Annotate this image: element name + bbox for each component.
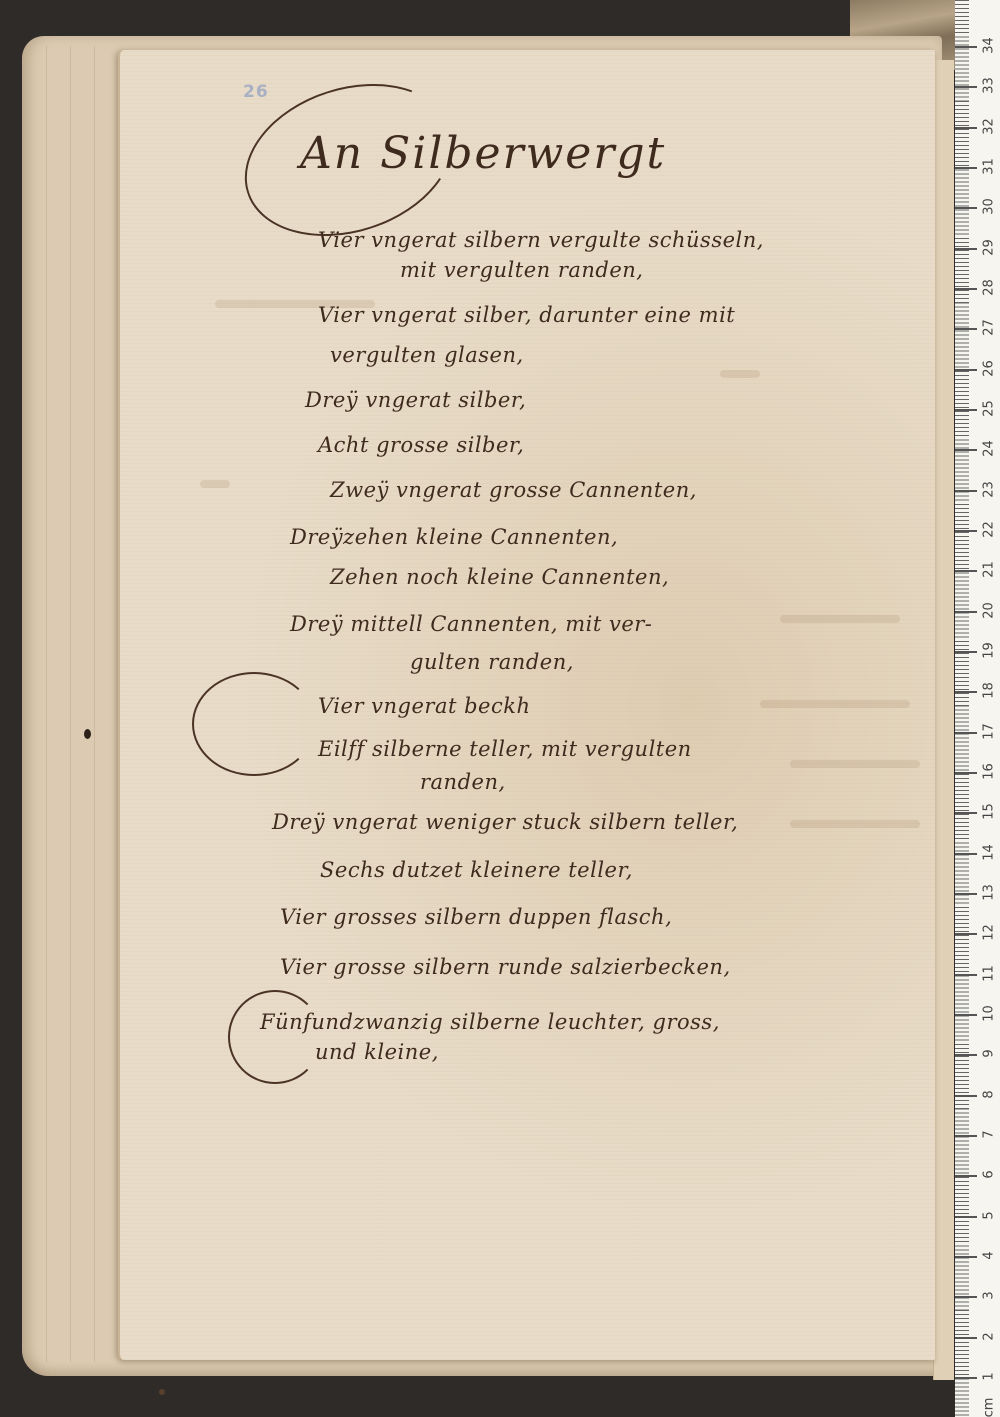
ruler-label: 34 bbox=[982, 36, 997, 56]
ruler-label: 20 bbox=[982, 601, 997, 621]
entry-line: Dreÿ vngerat weniger stuck silbern telle… bbox=[272, 810, 738, 834]
ruler-major-tick bbox=[955, 611, 977, 613]
ruler-major-tick bbox=[955, 933, 977, 935]
ruler-label: 24 bbox=[982, 439, 997, 459]
ruler-label: 33 bbox=[982, 76, 997, 96]
ruler-label: 8 bbox=[982, 1085, 997, 1105]
ruler-label: 18 bbox=[982, 681, 997, 701]
entry-line: und kleine, bbox=[315, 1040, 439, 1064]
ruler-major-tick bbox=[955, 1296, 977, 1298]
ruler-label: 17 bbox=[982, 722, 997, 742]
ruler-major-tick bbox=[955, 1337, 977, 1339]
ruler-major-tick bbox=[955, 328, 977, 330]
ruler-major-tick bbox=[955, 248, 977, 250]
ruler-major-tick bbox=[955, 409, 977, 411]
ruler-label: 4 bbox=[982, 1246, 997, 1266]
ruler-major-tick bbox=[955, 1175, 977, 1177]
ruler-label: 14 bbox=[982, 843, 997, 863]
ruler-major-tick bbox=[955, 1135, 977, 1137]
ruler-label: 5 bbox=[982, 1206, 997, 1226]
bleed-through bbox=[760, 700, 910, 708]
ruler-label: 2 bbox=[982, 1327, 997, 1347]
ruler-major-tick bbox=[955, 691, 977, 693]
ruler-major-tick bbox=[955, 207, 977, 209]
entry-line: Vier vngerat silber, darunter eine mit bbox=[318, 303, 735, 327]
bleed-through bbox=[780, 615, 900, 623]
ruler-major-tick bbox=[955, 1216, 977, 1218]
folio-number: 26 bbox=[243, 82, 269, 102]
cm-ruler: cm 1 2 3 4 5 6 7 8 9 10 11 12 13 14 15 1… bbox=[955, 0, 1000, 1417]
entry-line: Zehen noch kleine Cannenten, bbox=[330, 565, 669, 589]
ruler-unit-label: cm bbox=[982, 1398, 997, 1417]
ruler-major-tick bbox=[955, 772, 977, 774]
ruler-label: 6 bbox=[982, 1165, 997, 1185]
bleed-through bbox=[790, 820, 920, 828]
entry-line: vergulten glasen, bbox=[330, 343, 524, 367]
ruler-label: 23 bbox=[982, 480, 997, 500]
entry-line: Dreÿzehen kleine Cannenten, bbox=[290, 525, 618, 549]
ruler-label: 12 bbox=[982, 923, 997, 943]
entry-line: Vier grosses silbern duppen flasch, bbox=[280, 905, 672, 929]
ruler-major-tick bbox=[955, 449, 977, 451]
ruler-label: 9 bbox=[982, 1044, 997, 1064]
entry-line: Vier vngerat beckh bbox=[318, 694, 530, 718]
ruler-label: 26 bbox=[982, 359, 997, 379]
ruler-major-tick bbox=[955, 490, 977, 492]
ruler-major-tick bbox=[955, 732, 977, 734]
ruler-label: 27 bbox=[982, 318, 997, 338]
ruler-label: 13 bbox=[982, 883, 997, 903]
entry-line: Vier grosse silbern runde salzierbecken, bbox=[280, 955, 731, 979]
ruler-label: 19 bbox=[982, 641, 997, 661]
ruler-label: 29 bbox=[982, 238, 997, 258]
ruler-ticks bbox=[955, 0, 969, 1417]
entry-line: randen, bbox=[420, 770, 506, 794]
entry-line: Dreÿ vngerat silber, bbox=[305, 388, 526, 412]
ink-spot bbox=[159, 1389, 165, 1395]
ruler-label: 10 bbox=[982, 1004, 997, 1024]
page-heading: An Silberwergt bbox=[300, 128, 666, 179]
ruler-major-tick bbox=[955, 167, 977, 169]
ruler-label: 15 bbox=[982, 802, 997, 822]
ruler-label: 1 bbox=[982, 1367, 997, 1387]
ruler-major-tick bbox=[955, 812, 977, 814]
ruler-major-tick bbox=[955, 570, 977, 572]
ruler-major-tick bbox=[955, 974, 977, 976]
ruler-label: 7 bbox=[982, 1125, 997, 1145]
ruler-label: 16 bbox=[982, 762, 997, 782]
ruler-label: 31 bbox=[982, 157, 997, 177]
ruler-label: 25 bbox=[982, 399, 997, 419]
entry-flourish bbox=[228, 990, 322, 1084]
ruler-major-tick bbox=[955, 651, 977, 653]
ruler-major-tick bbox=[955, 1014, 977, 1016]
ruler-label: 32 bbox=[982, 117, 997, 137]
ruler-label: 3 bbox=[982, 1286, 997, 1306]
entry-line: Dreÿ mittell Cannenten, mit ver- bbox=[290, 612, 652, 636]
ruler-major-tick bbox=[955, 127, 977, 129]
entry-flourish bbox=[192, 672, 316, 776]
entry-line: Fünfundzwanzig silberne leuchter, gross, bbox=[260, 1010, 720, 1034]
entry-line: Sechs dutzet kleinere teller, bbox=[320, 858, 633, 882]
entry-line: Acht grosse silber, bbox=[318, 433, 524, 457]
ruler-label: 11 bbox=[982, 964, 997, 984]
ruler-major-tick bbox=[955, 1377, 977, 1379]
ruler-label: 22 bbox=[982, 520, 997, 540]
bleed-through bbox=[790, 760, 920, 768]
bleed-through bbox=[200, 480, 230, 488]
ruler-major-tick bbox=[955, 46, 977, 48]
ruler-major-tick bbox=[955, 1054, 977, 1056]
entry-line: gulten randen, bbox=[410, 650, 574, 674]
ruler-label: 28 bbox=[982, 278, 997, 298]
entry-line: mit vergulten randen, bbox=[400, 258, 643, 282]
ink-spot bbox=[84, 729, 91, 739]
ruler-major-tick bbox=[955, 1095, 977, 1097]
ruler-major-tick bbox=[955, 86, 977, 88]
ruler-major-tick bbox=[955, 1256, 977, 1258]
entry-line: Zweÿ vngerat grosse Cannenten, bbox=[330, 478, 697, 502]
ruler-major-tick bbox=[955, 369, 977, 371]
ruler-major-tick bbox=[955, 853, 977, 855]
page-edge-strip bbox=[933, 60, 954, 1380]
ruler-label: 30 bbox=[982, 197, 997, 217]
ruler-major-tick bbox=[955, 288, 977, 290]
ruler-label: 21 bbox=[982, 560, 997, 580]
ruler-major-tick bbox=[955, 530, 977, 532]
entry-line: Vier vngerat silbern vergulte schüsseln, bbox=[318, 228, 764, 252]
bleed-through bbox=[720, 370, 760, 378]
ruler-major-tick bbox=[955, 893, 977, 895]
entry-line: Eilff silberne teller, mit vergulten bbox=[318, 737, 692, 761]
